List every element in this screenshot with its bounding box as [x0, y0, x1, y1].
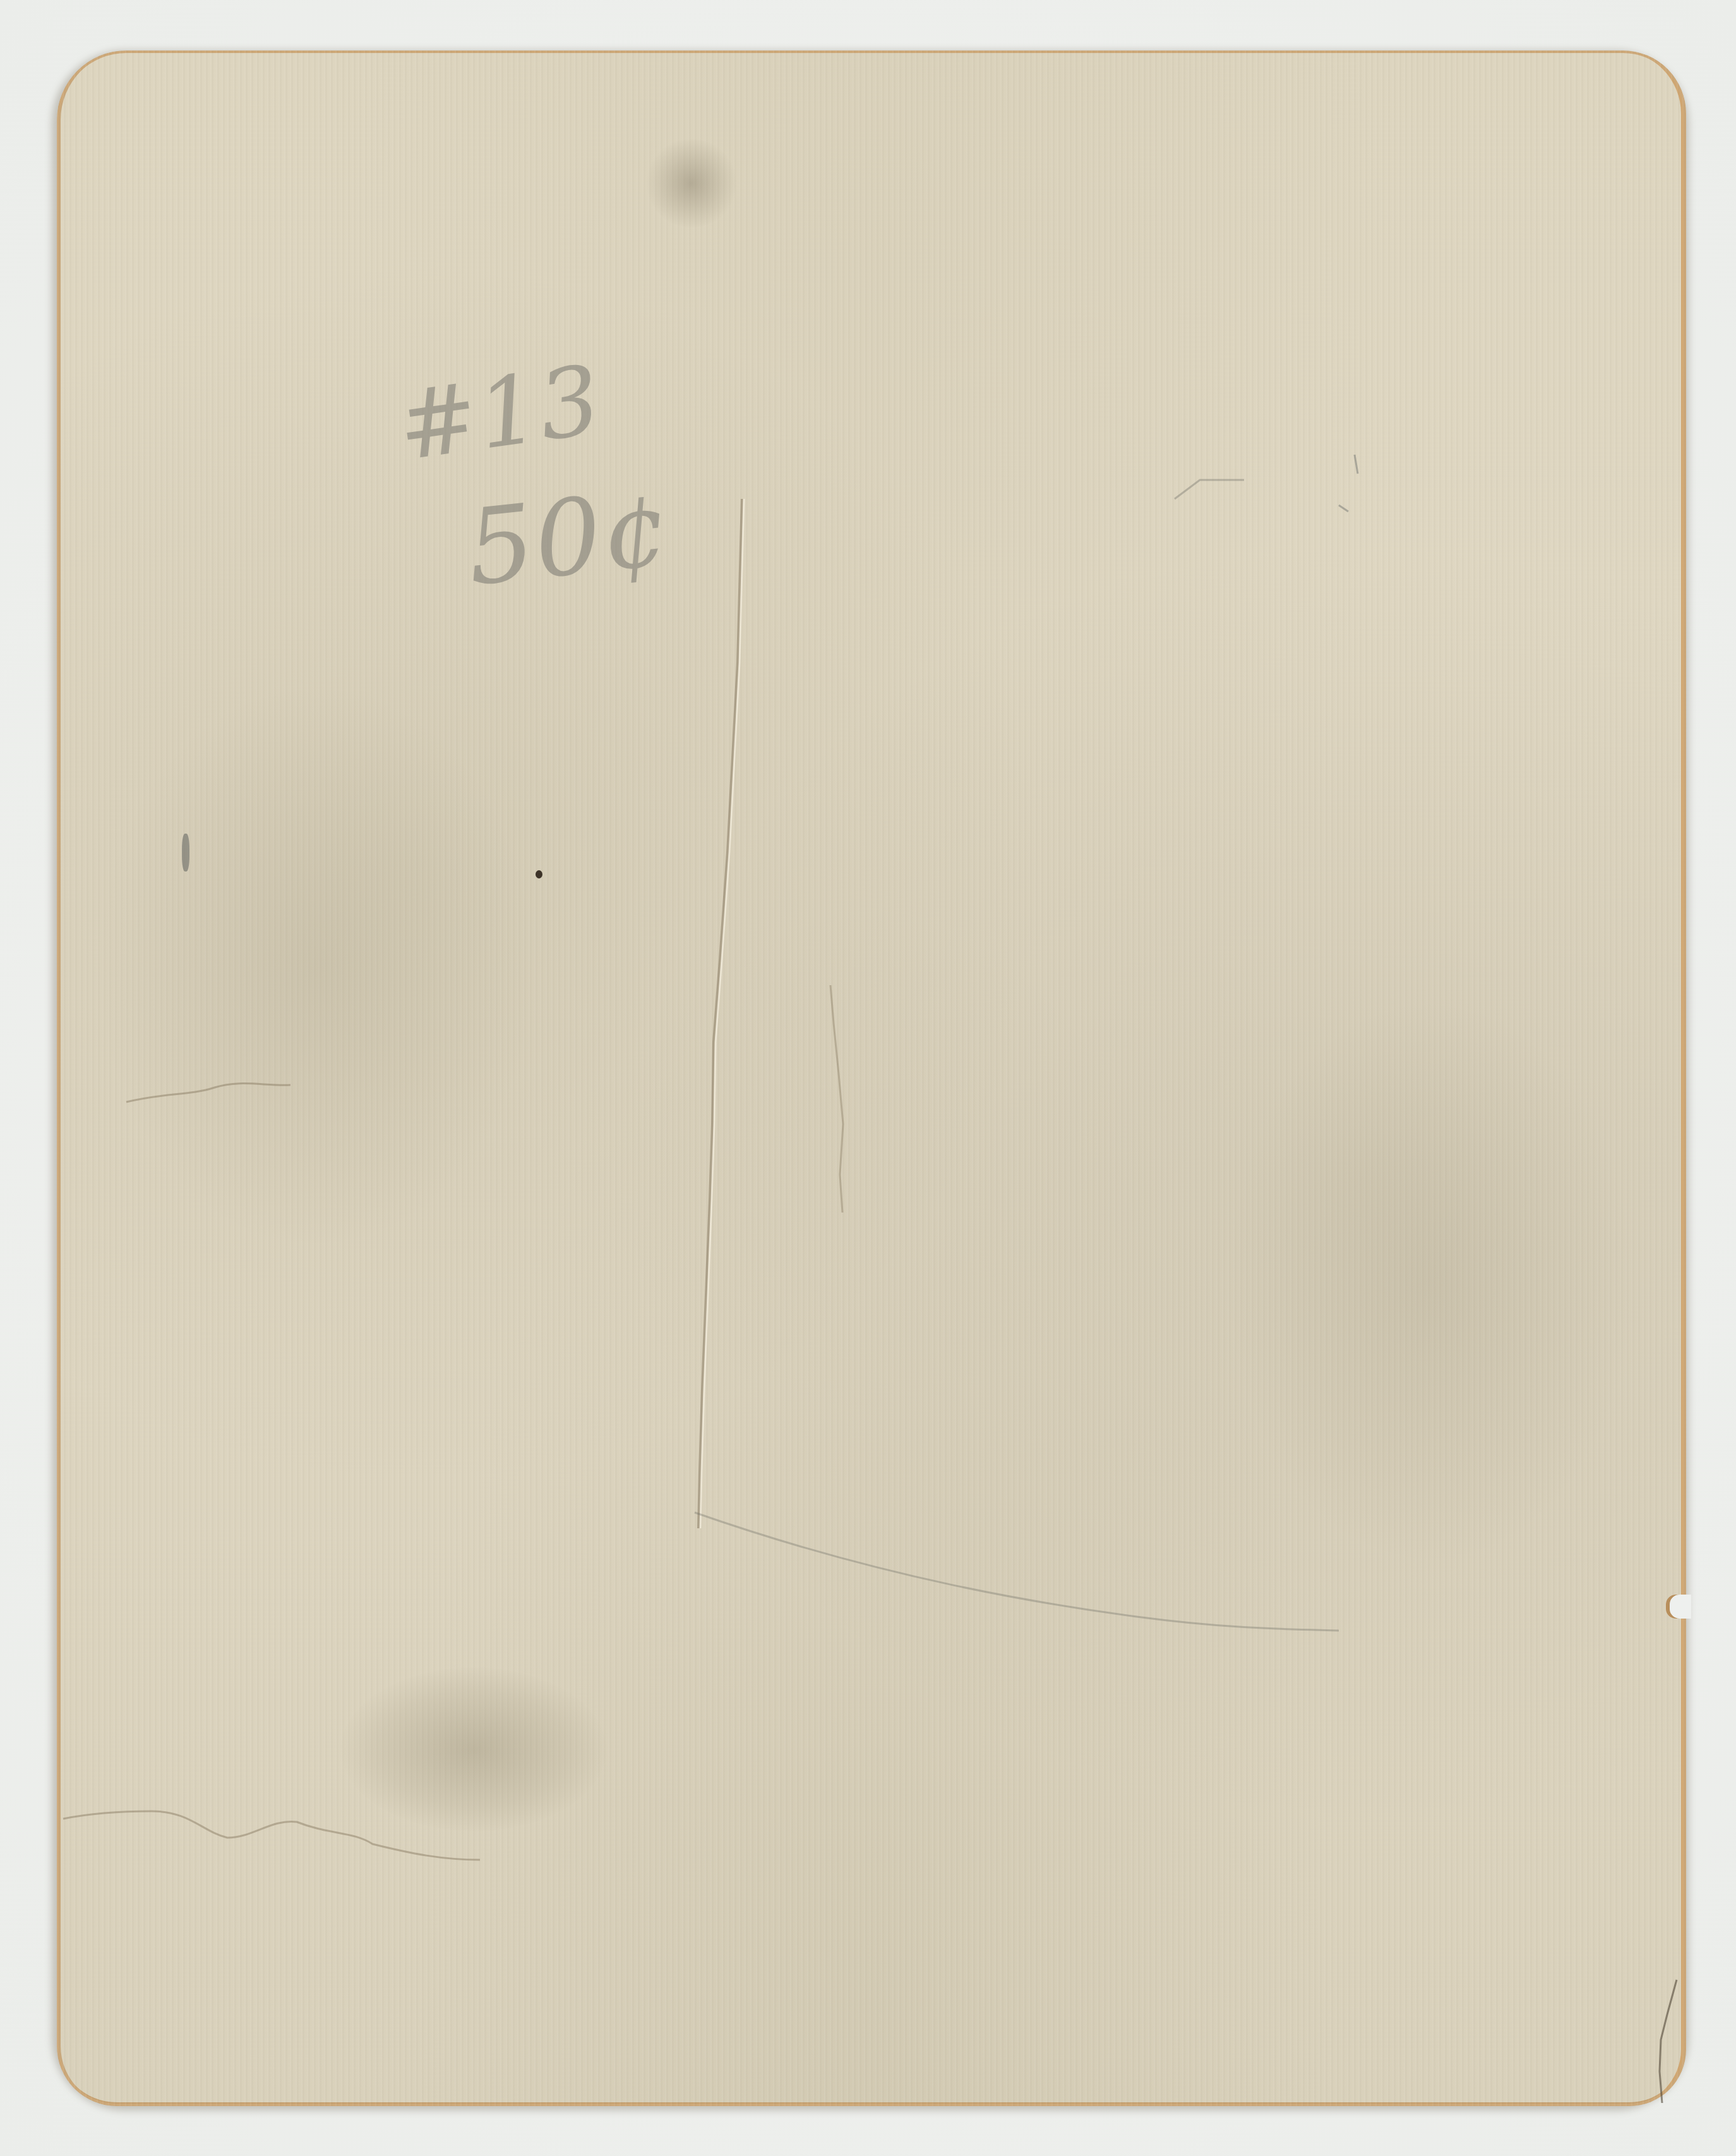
- discoloration-right: [1225, 998, 1636, 1566]
- cabinet-card-back: #13 50¢: [57, 51, 1686, 2106]
- stain-top-center: [644, 139, 739, 227]
- discoloration-left: [95, 682, 537, 1250]
- pencil-catalog-number: #13: [392, 352, 607, 474]
- ink-smudge-left: [182, 834, 189, 871]
- stain-lower-left: [341, 1667, 606, 1831]
- pencil-price: 50¢: [462, 476, 674, 601]
- paper-grain: [57, 51, 1686, 2106]
- edge-notch: [1666, 1595, 1691, 1619]
- scan-background: #13 50¢: [0, 0, 1736, 2156]
- ink-dot: [536, 870, 542, 878]
